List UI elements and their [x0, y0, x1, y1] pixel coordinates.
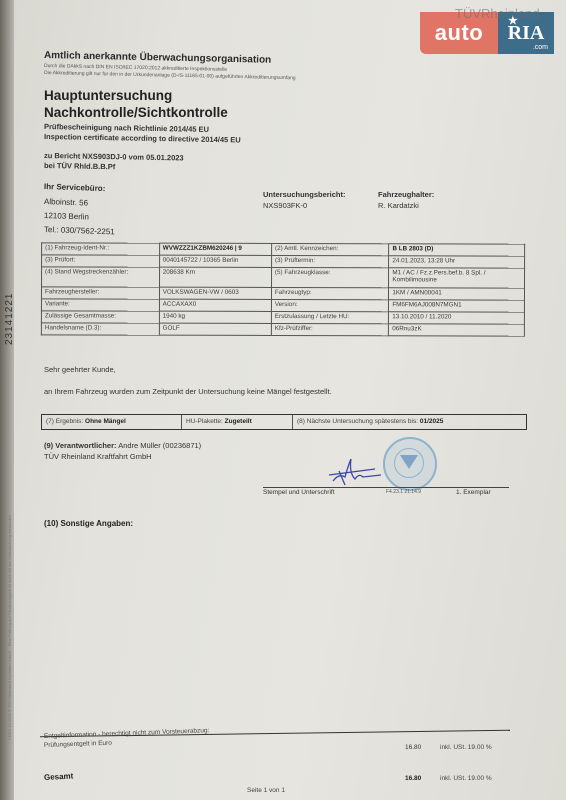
responsible-label: (9) Verantwortlicher: [44, 441, 117, 450]
version-label: Version: [271, 299, 389, 311]
location-value: 0040145722 / 10365 Berlin [159, 255, 271, 267]
tuv-watermark: TÜVRheinland [455, 6, 540, 21]
variant-value: ACCAXAX0 [159, 299, 271, 311]
gross-weight-label: Zulässige Gesamtmasse: [41, 311, 159, 323]
manufacturer-label: Fahrzeughersteller: [41, 287, 159, 299]
inspection-certificate: auto ★ RIA .com TÜVRheinland 23141221 VD… [0, 0, 566, 800]
greeting: Sehr geehrter Kunde, [44, 365, 116, 374]
form-code: F4.23.1 21.14.9 [386, 489, 421, 495]
variant-label: Variante: [41, 299, 159, 311]
title-hauptuntersuchung: Hauptuntersuchung [44, 88, 172, 103]
service-office-label: Ihr Servicebüro: [44, 182, 106, 193]
check-code-value: 06Rnu3zK [389, 324, 525, 336]
result-cell: (7) Ergebnis: Ohne Mängel [42, 415, 182, 429]
odometer-label: (4) Stand Wegstreckenzähler: [42, 267, 160, 287]
serial-number: 23141221 [4, 293, 15, 346]
result-bar: (7) Ergebnis: Ohne Mängel HU-Plakette: Z… [41, 414, 527, 430]
odometer-value: 208638 Km [159, 267, 271, 287]
total-tax: inkl. USt. 19.00 % [440, 775, 492, 782]
vehicle-class-value: M1 / AC / Fz.z.Pers.bef.b. 8 Spl. / Komb… [389, 268, 525, 288]
report-label: Untersuchungsbericht: [263, 190, 346, 199]
signature-line [263, 487, 509, 488]
service-office-phone: Tel.: 030/7562-2251 [44, 225, 115, 236]
table-row: (4) Stand Wegstreckenzähler: 208638 Km (… [42, 267, 525, 288]
page-indicator: Seite 1 von 1 [247, 787, 285, 794]
registration-label: Erstzulassung / Letzte HU: [271, 311, 389, 323]
other-info-label: (10) Sonstige Angaben: [44, 519, 133, 528]
total-label: Gesamt [44, 771, 74, 782]
next-inspection-value: 01/2025 [420, 418, 444, 425]
service-office-street: Alboinstr. 56 [44, 197, 88, 208]
official-stamp [383, 437, 437, 491]
location-label: (3) Prüfort: [42, 255, 160, 267]
registration-value: 13.10.2010 / 11.2020 [389, 312, 525, 324]
vehicle-data-table: (1) Fahrzeug-Ident-Nr.: WVWZZZ1KZBM62024… [41, 242, 525, 336]
owner-label: Fahrzeughalter: [378, 190, 434, 199]
manufacturer-value: VOLKSWAGEN-VW / 0603 [159, 287, 271, 299]
title-nachkontrolle: Nachkontrolle/Sichtkontrolle [44, 105, 228, 120]
vin-label: (1) Fahrzeug-Ident-Nr.: [42, 243, 160, 255]
fee-item-amount: 16.80 [405, 744, 421, 751]
gross-weight-value: 1940 kg [159, 311, 271, 323]
plakette-label: HU-Plakette: [186, 418, 225, 425]
total-amount: 16.80 [405, 775, 421, 782]
fee-info: Entgeltinformation - berechtigt nicht zu… [44, 727, 210, 740]
tuv-triangle-icon [400, 455, 418, 469]
next-inspection-cell: (8) Nächste Untersuchung spätestens bis:… [293, 415, 526, 429]
vehicle-type-value: 1KM / AMN00041 [389, 288, 525, 300]
service-office-city: 12103 Berlin [44, 211, 89, 222]
plakette-value: Zugeteilt [225, 418, 252, 425]
trade-name-value: GOLF [159, 323, 271, 335]
date-value: 24.01.2023, 13:28 Uhr [389, 256, 525, 268]
report-location: bei TÜV Rhld.B.B.Pf [44, 161, 115, 171]
result-value: Ohne Mängel [85, 418, 126, 425]
fee-item-label: Prüfungsentgelt in Euro [44, 740, 112, 749]
result-label: (7) Ergebnis: [46, 418, 85, 425]
next-inspection-label: (8) Nächste Untersuchung spätestens bis: [297, 418, 420, 425]
org-accreditation-scope: Die Akkreditierung gilt nur für den in d… [44, 70, 296, 81]
check-code-label: Kfz-Prüfziffer: [271, 323, 389, 335]
plate-value: B LB 2803 (D) [389, 244, 525, 256]
fee-item-tax: inkl. USt. 19.00 % [440, 744, 492, 751]
responsible-name: Andre Müller (00236871) [117, 441, 202, 450]
vehicle-type-label: Fahrzeugtyp: [271, 287, 389, 299]
plate-label: (2) Amtl. Kennzeichen: [271, 243, 389, 255]
margin-footer-text: VDAG 12.2022 ® TÜV Rheinland Kraftfahrt … [7, 515, 12, 740]
trade-name-label: Handelsname (D.3): [41, 323, 159, 335]
owner-name: R. Kardatzki [378, 201, 419, 210]
vehicle-class-label: (5) Fahrzeugklasse: [271, 267, 389, 287]
logo-com: .com [533, 44, 548, 51]
letter-body: an Ihrem Fahrzeug wurden zum Zeitpunkt d… [44, 387, 332, 396]
date-label: (3) Prüftermin: [271, 255, 389, 267]
report-number: NXS903FK-0 [263, 201, 307, 210]
table-row: Handelsname (D.3): GOLF Kfz-Prüfziffer: … [41, 323, 524, 336]
responsible-company: TÜV Rheinland Kraftfahrt GmbH [44, 452, 152, 461]
vin-value: WVWZZZ1KZBM620246 | 9 [159, 243, 271, 255]
version-value: FM6FM6AJ008N7MGN1 [389, 300, 525, 312]
plakette-cell: HU-Plakette: Zugeteilt [182, 415, 293, 429]
subtitle-en: Inspection certificate according to dire… [44, 132, 241, 144]
signature [325, 455, 385, 487]
responsible-line: (9) Verantwortlicher: Andre Müller (0023… [44, 441, 201, 450]
copy-number: 1. Exemplar [456, 489, 491, 496]
stamp-signature-label: Stempel und Unterschrift [263, 489, 335, 496]
